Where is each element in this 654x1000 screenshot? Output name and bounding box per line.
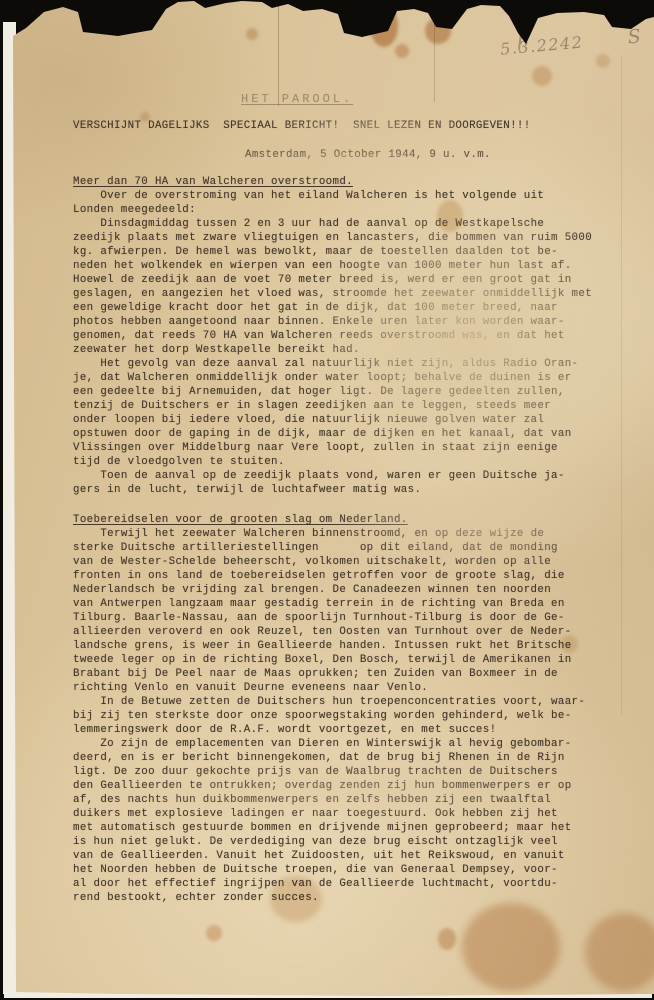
document-body: HET PAROOL. VERSCHIJNT DAGELIJKS SPECIAA… (73, 92, 638, 905)
paper-stain (596, 54, 610, 68)
dateline: Amsterdam, 5 October 1944, 9 u. v.m. (245, 148, 638, 162)
aged-paper-sheet: HET PAROOL. VERSCHIJNT DAGELIJKS SPECIAA… (0, 0, 654, 1000)
article-paragraph: Dinsdagmiddag tussen 2 en 3 uur had de a… (73, 217, 638, 357)
article-walcheren-flooding: Meer dan 70 HA van Walcheren overstroomd… (73, 175, 638, 497)
paper-stain (370, 5, 398, 47)
paper-stain (246, 28, 258, 40)
paper-tear-crease (278, 0, 279, 106)
annotation-code: 5.3.2242 (499, 32, 584, 58)
paper-stain (395, 44, 409, 58)
pencil-archival-annotation: 5.3.2242 S (499, 26, 654, 58)
article-heading: Meer dan 70 HA van Walcheren overstroomd… (73, 175, 638, 189)
article-paragraph: Toen de aanval op de zeedijk plaats vond… (73, 469, 638, 497)
paper-stain (206, 925, 222, 941)
article-paragraph: Over de overstroming van het eiland Walc… (73, 189, 638, 217)
paper-stain (532, 66, 552, 86)
article-paragraph: In de Betuwe zetten de Duitschers hun tr… (73, 695, 638, 737)
masthead-slogan: VERSCHIJNT DAGELIJKS SPECIAAL BERICHT! S… (73, 119, 638, 133)
annotation-mark: S (627, 25, 642, 48)
paper-stain (425, 18, 451, 44)
article-paragraph: Terwijl het zeewater Walcheren binnenstr… (73, 527, 638, 695)
paper-stain (585, 913, 654, 991)
article-paragraph: Zo zijn de emplacementen van Dieren en W… (73, 737, 638, 905)
article-battle-preparations: Toebereidselen voor de grooten slag om N… (73, 513, 638, 905)
article-heading: Toebereidselen voor de grooten slag om N… (73, 513, 638, 527)
article-paragraph: Het gevolg van deze aanval zal natuurlij… (73, 357, 638, 469)
paper-stain (462, 903, 560, 991)
paper-stain (438, 928, 456, 950)
newspaper-title: HET PAROOL. (241, 92, 638, 106)
paper-tear-crease (434, 0, 435, 102)
